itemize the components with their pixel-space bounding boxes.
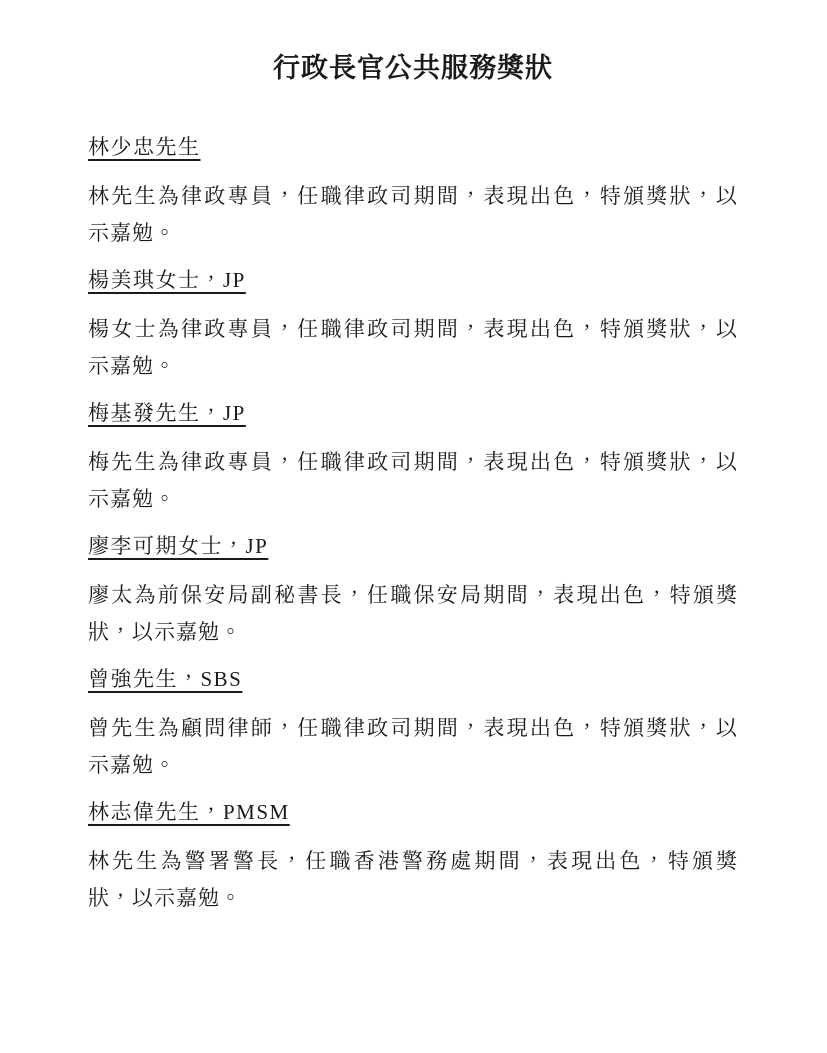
citation-line: 狀，以示嘉勉。 bbox=[88, 614, 738, 651]
recipient-name: 曾強先生，SBS bbox=[88, 661, 738, 698]
award-entry: 曾強先生，SBS 曾先生為顧問律師，任職律政司期間，表現出色，特頒獎狀，以 示嘉… bbox=[88, 661, 738, 784]
citation-line: 梅先生為律政專員，任職律政司期間，表現出色，特頒獎狀，以 bbox=[88, 444, 738, 481]
citation-line: 曾先生為顧問律師，任職律政司期間，表現出色，特頒獎狀，以 bbox=[88, 710, 738, 747]
recipient-name: 楊美琪女士，JP bbox=[88, 262, 738, 299]
recipient-name: 廖李可期女士，JP bbox=[88, 528, 738, 565]
citation-line: 楊女士為律政專員，任職律政司期間，表現出色，特頒獎狀，以 bbox=[88, 311, 738, 348]
recipient-name: 梅基發先生，JP bbox=[88, 395, 738, 432]
award-entry: 林志偉先生，PMSM 林先生為警署警長，任職香港警務處期間，表現出色，特頒獎 狀… bbox=[88, 794, 738, 917]
recipient-name: 林少忠先生 bbox=[88, 129, 738, 166]
citation-line: 廖太為前保安局副秘書長，任職保安局期間，表現出色，特頒獎 bbox=[88, 577, 738, 614]
citation-line: 示嘉勉。 bbox=[88, 747, 738, 784]
recipient-name: 林志偉先生，PMSM bbox=[88, 794, 738, 831]
award-entry: 林少忠先生 林先生為律政專員，任職律政司期間，表現出色，特頒獎狀，以 示嘉勉。 bbox=[88, 129, 738, 252]
citation-line: 示嘉勉。 bbox=[88, 481, 738, 518]
citation-line: 林先生為律政專員，任職律政司期間，表現出色，特頒獎狀，以 bbox=[88, 178, 738, 215]
award-entry: 梅基發先生，JP 梅先生為律政專員，任職律政司期間，表現出色，特頒獎狀，以 示嘉… bbox=[88, 395, 738, 518]
citation-line: 林先生為警署警長，任職香港警務處期間，表現出色，特頒獎 bbox=[88, 843, 738, 880]
document-page: 行政長官公共服務獎狀 林少忠先生 林先生為律政專員，任職律政司期間，表現出色，特… bbox=[0, 0, 827, 1053]
award-entry: 楊美琪女士，JP 楊女士為律政專員，任職律政司期間，表現出色，特頒獎狀，以 示嘉… bbox=[88, 262, 738, 385]
citation-line: 示嘉勉。 bbox=[88, 348, 738, 385]
citation-line: 狀，以示嘉勉。 bbox=[88, 880, 738, 917]
award-entry: 廖李可期女士，JP 廖太為前保安局副秘書長，任職保安局期間，表現出色，特頒獎 狀… bbox=[88, 528, 738, 651]
citation-line: 示嘉勉。 bbox=[88, 215, 738, 252]
page-title: 行政長官公共服務獎狀 bbox=[88, 48, 738, 88]
